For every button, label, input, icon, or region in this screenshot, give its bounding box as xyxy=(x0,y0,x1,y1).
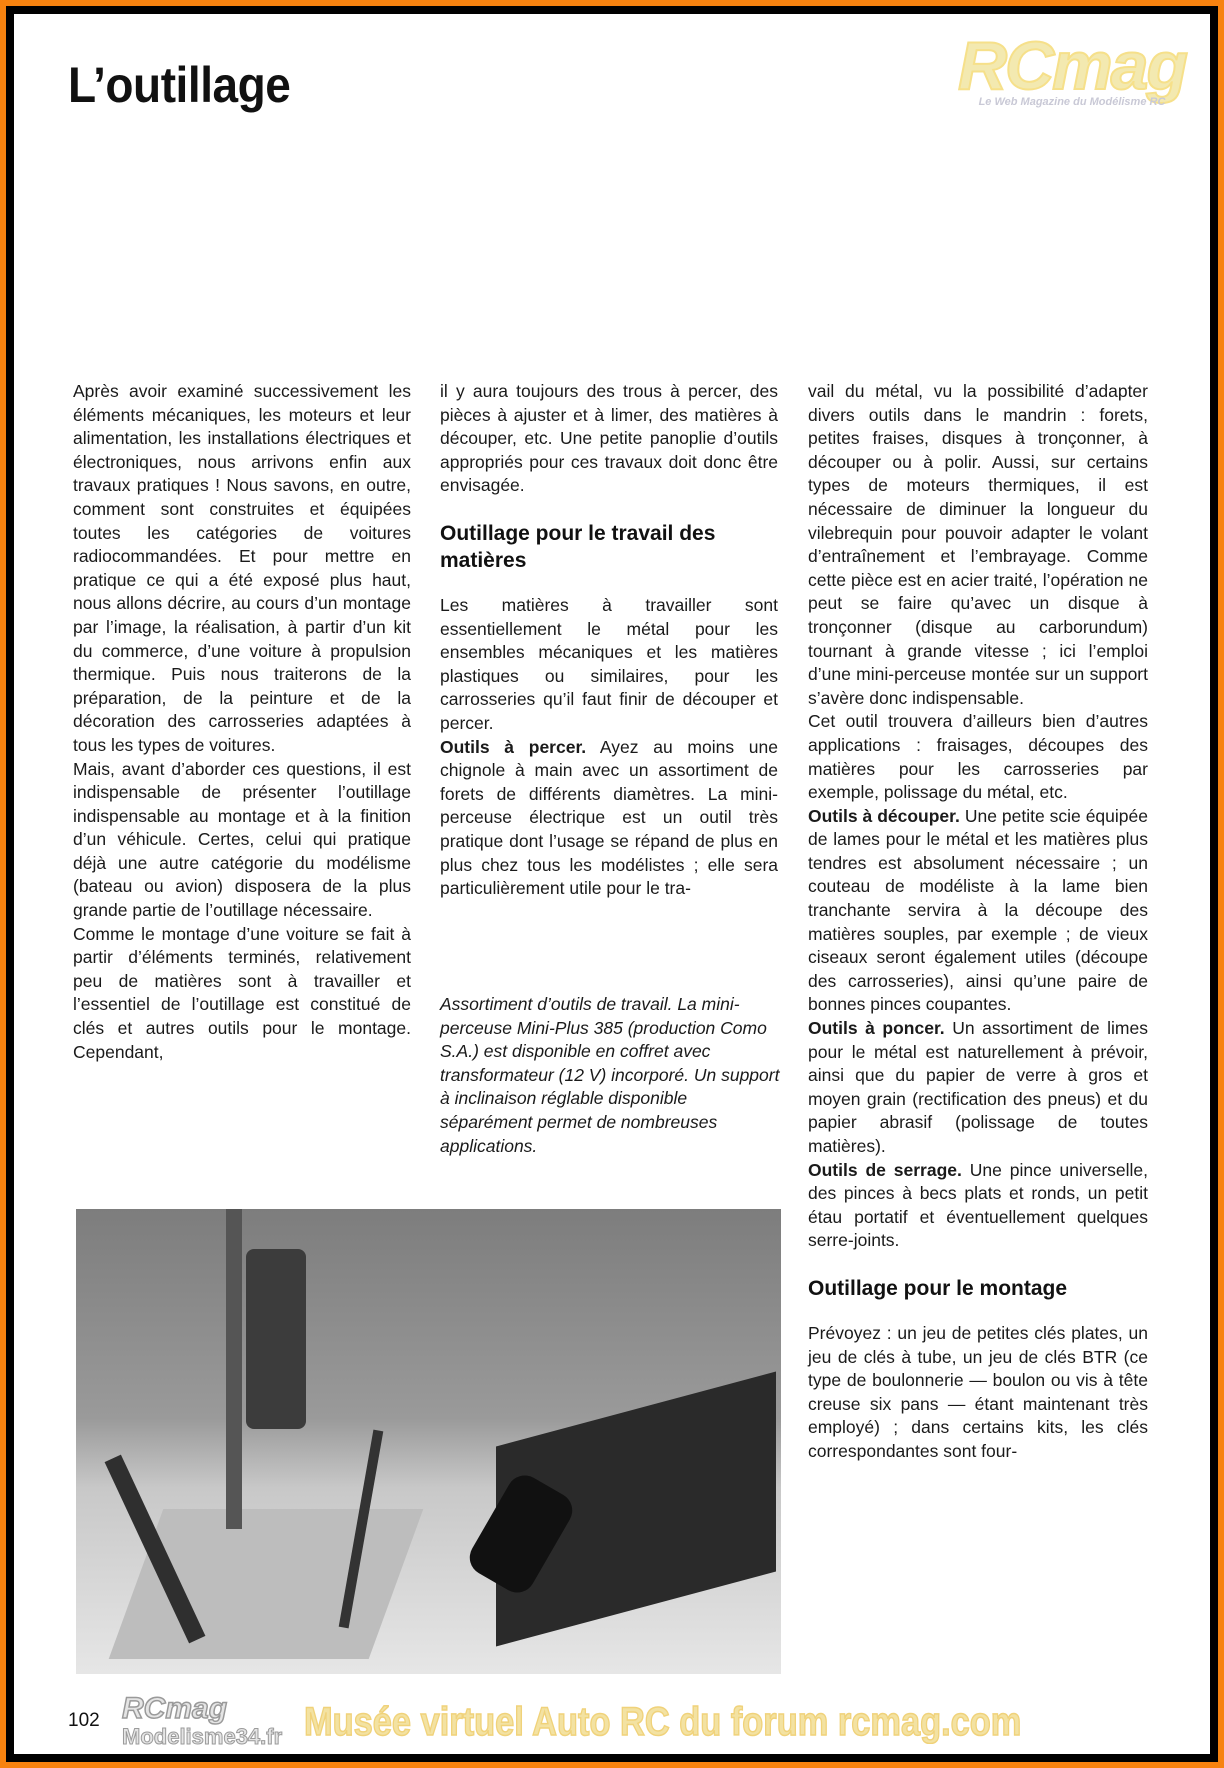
paragraph: Outils de serrage. Une pince universelle… xyxy=(808,1159,1148,1253)
rcmag-logo: RCmag Le Web Magazine du Modélisme RC xyxy=(958,32,1186,108)
watermark-site: Modelisme34.fr xyxy=(122,1724,282,1750)
photo-caption: Assortiment d’outils de travail. La mini… xyxy=(440,993,780,1158)
tools-photo xyxy=(76,1209,781,1674)
watermark-logo: RCmag xyxy=(122,1694,227,1724)
drill-stand-column xyxy=(226,1209,242,1529)
paragraph: Cet outil trouvera d’ailleurs bien d’aut… xyxy=(808,710,1148,804)
magazine-page: L’outillage RCmag Le Web Magazine du Mod… xyxy=(14,14,1210,1754)
paragraph-text: Une petite scie équipée de lames pour le… xyxy=(808,806,1148,1015)
logo-text: RCmag xyxy=(958,32,1186,100)
page-number: 102 xyxy=(68,1710,100,1732)
paragraph-text: Un assortiment de limes pour le métal es… xyxy=(808,1018,1148,1156)
paragraph: vail du métal, vu la possibilité d’adapt… xyxy=(808,380,1148,710)
paragraph: il y aura toujours des trous à percer, d… xyxy=(440,380,778,498)
watermark-banner: Musée virtuel Auto RC du forum rcmag.com xyxy=(304,1700,1021,1745)
paragraph: Outils à poncer. Un assortiment de limes… xyxy=(808,1017,1148,1159)
run-in-heading: Outils à découper. xyxy=(808,806,960,826)
paragraph: Mais, avant d’aborder ces questions, il … xyxy=(73,758,411,923)
paragraph-text: Ayez au moins une chignole à main avec u… xyxy=(440,737,778,899)
paragraph: Après avoir examiné successivement les é… xyxy=(73,380,411,758)
run-in-heading: Outils à poncer. xyxy=(808,1018,945,1038)
paragraph: Les matières à travailler sont essentiel… xyxy=(440,594,778,736)
text-column-1: Après avoir examiné successivement les é… xyxy=(73,380,411,1064)
section-heading: Outillage pour le montage xyxy=(808,1275,1148,1302)
drill-head xyxy=(246,1249,306,1429)
section-heading: Outillage pour le travail des matières xyxy=(440,520,778,574)
paragraph: Outils à découper. Une petite scie équip… xyxy=(808,805,1148,1017)
text-column-3: vail du métal, vu la possibilité d’adapt… xyxy=(808,380,1148,1464)
text-column-2: il y aura toujours des trous à percer, d… xyxy=(440,380,778,901)
run-in-heading: Outils de serrage. xyxy=(808,1160,962,1180)
run-in-heading: Outils à percer. xyxy=(440,737,586,757)
paragraph: Outils à percer. Ayez au moins une chign… xyxy=(440,736,778,901)
paragraph: Prévoyez : un jeu de petites clés plates… xyxy=(808,1322,1148,1464)
paragraph: Comme le montage d’une voiture se fait à… xyxy=(73,923,411,1065)
logo-tagline: Le Web Magazine du Modélisme RC xyxy=(958,96,1186,108)
page-title: L’outillage xyxy=(68,56,290,114)
